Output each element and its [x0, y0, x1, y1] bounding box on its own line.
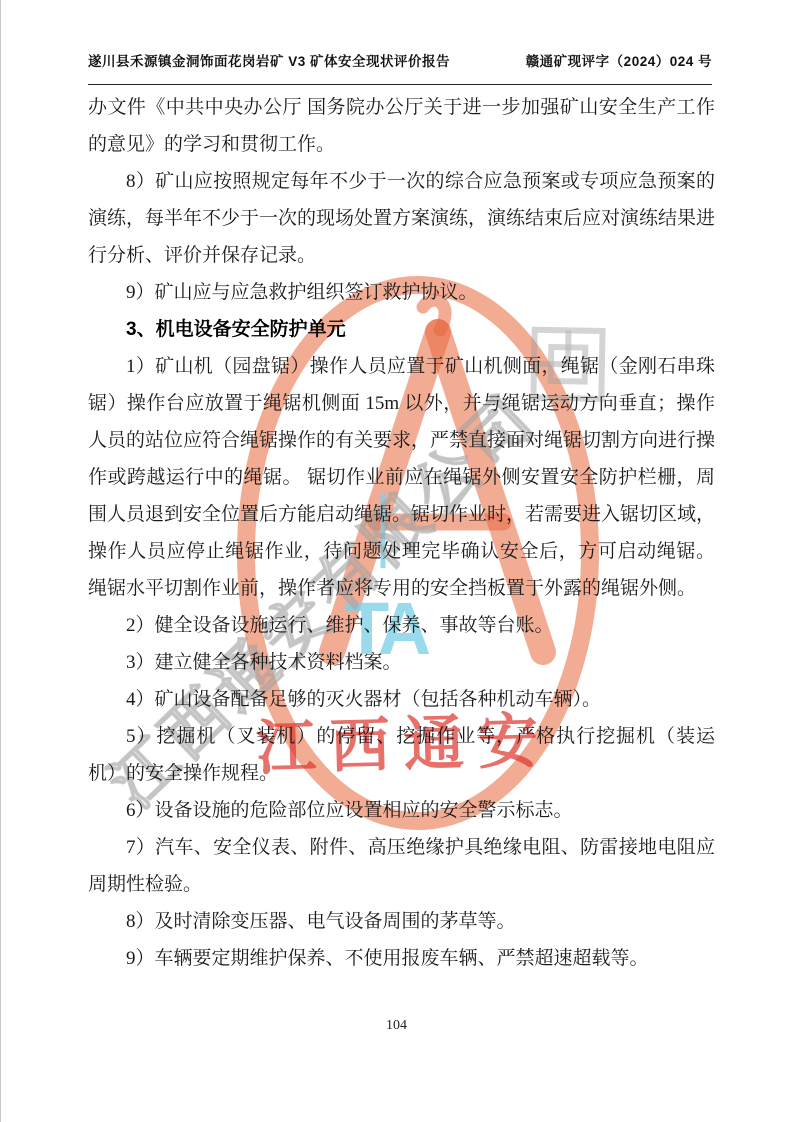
paragraph: 4）矿山设备配备足够的灭火器材（包括各种机动车辆）。	[88, 681, 715, 718]
paragraph: 5）挖掘机（叉装机）的停留、挖掘作业等，严格执行挖掘机（装运机）的安全操作规程。	[88, 718, 715, 792]
scan-edge-line	[0, 0, 1, 1122]
paragraph: 3）建立健全各种技术资料档案。	[88, 644, 715, 681]
paragraph: 1）矿山机（园盘锯）操作人员应置于矿山机侧面，绳锯（金刚石串珠锯）操作台应放置于…	[88, 348, 715, 607]
paragraph: 9）矿山应与应急救护组织签订救护协议。	[88, 274, 715, 311]
section-heading: 3、机电设备安全防护单元	[88, 311, 715, 348]
header-report-title: 遂川县禾源镇金洞饰面花岗岩矿 V3 矿体安全现状评价报告	[88, 50, 450, 70]
document-body: 办文件《中共中央办公厅 国务院办公厅关于进一步加强矿山安全生产工作的意见》的学习…	[88, 89, 715, 977]
paragraph: 7）汽车、安全仪表、附件、高压绝缘护具绝缘电阻、防雷接地电阻应周期性检验。	[88, 829, 715, 903]
page-header: 遂川县禾源镇金洞饰面花岗岩矿 V3 矿体安全现状评价报告 赣通矿现评字（2024…	[88, 50, 712, 70]
paragraph: 9）车辆要定期维护保养、不使用报废车辆、严禁超速超载等。	[88, 940, 715, 977]
paragraph: 8）矿山应按照规定每年不少于一次的综合应急预案或专项应急预案的演练，每半年不少于…	[88, 163, 715, 274]
paragraph: 办文件《中共中央办公厅 国务院办公厅关于进一步加强矿山安全生产工作的意见》的学习…	[88, 89, 715, 163]
page-number: 104	[0, 1018, 793, 1034]
header-doc-number: 赣通矿现评字（2024）024 号	[526, 50, 712, 70]
paragraph: 2）健全设备设施运行、维护、保养、事故等台账。	[88, 607, 715, 644]
header-divider	[88, 84, 712, 85]
paragraph: 8）及时清除变压器、电气设备周围的茅草等。	[88, 903, 715, 940]
paragraph: 6）设备设施的危险部位应设置相应的安全警示标志。	[88, 792, 715, 829]
